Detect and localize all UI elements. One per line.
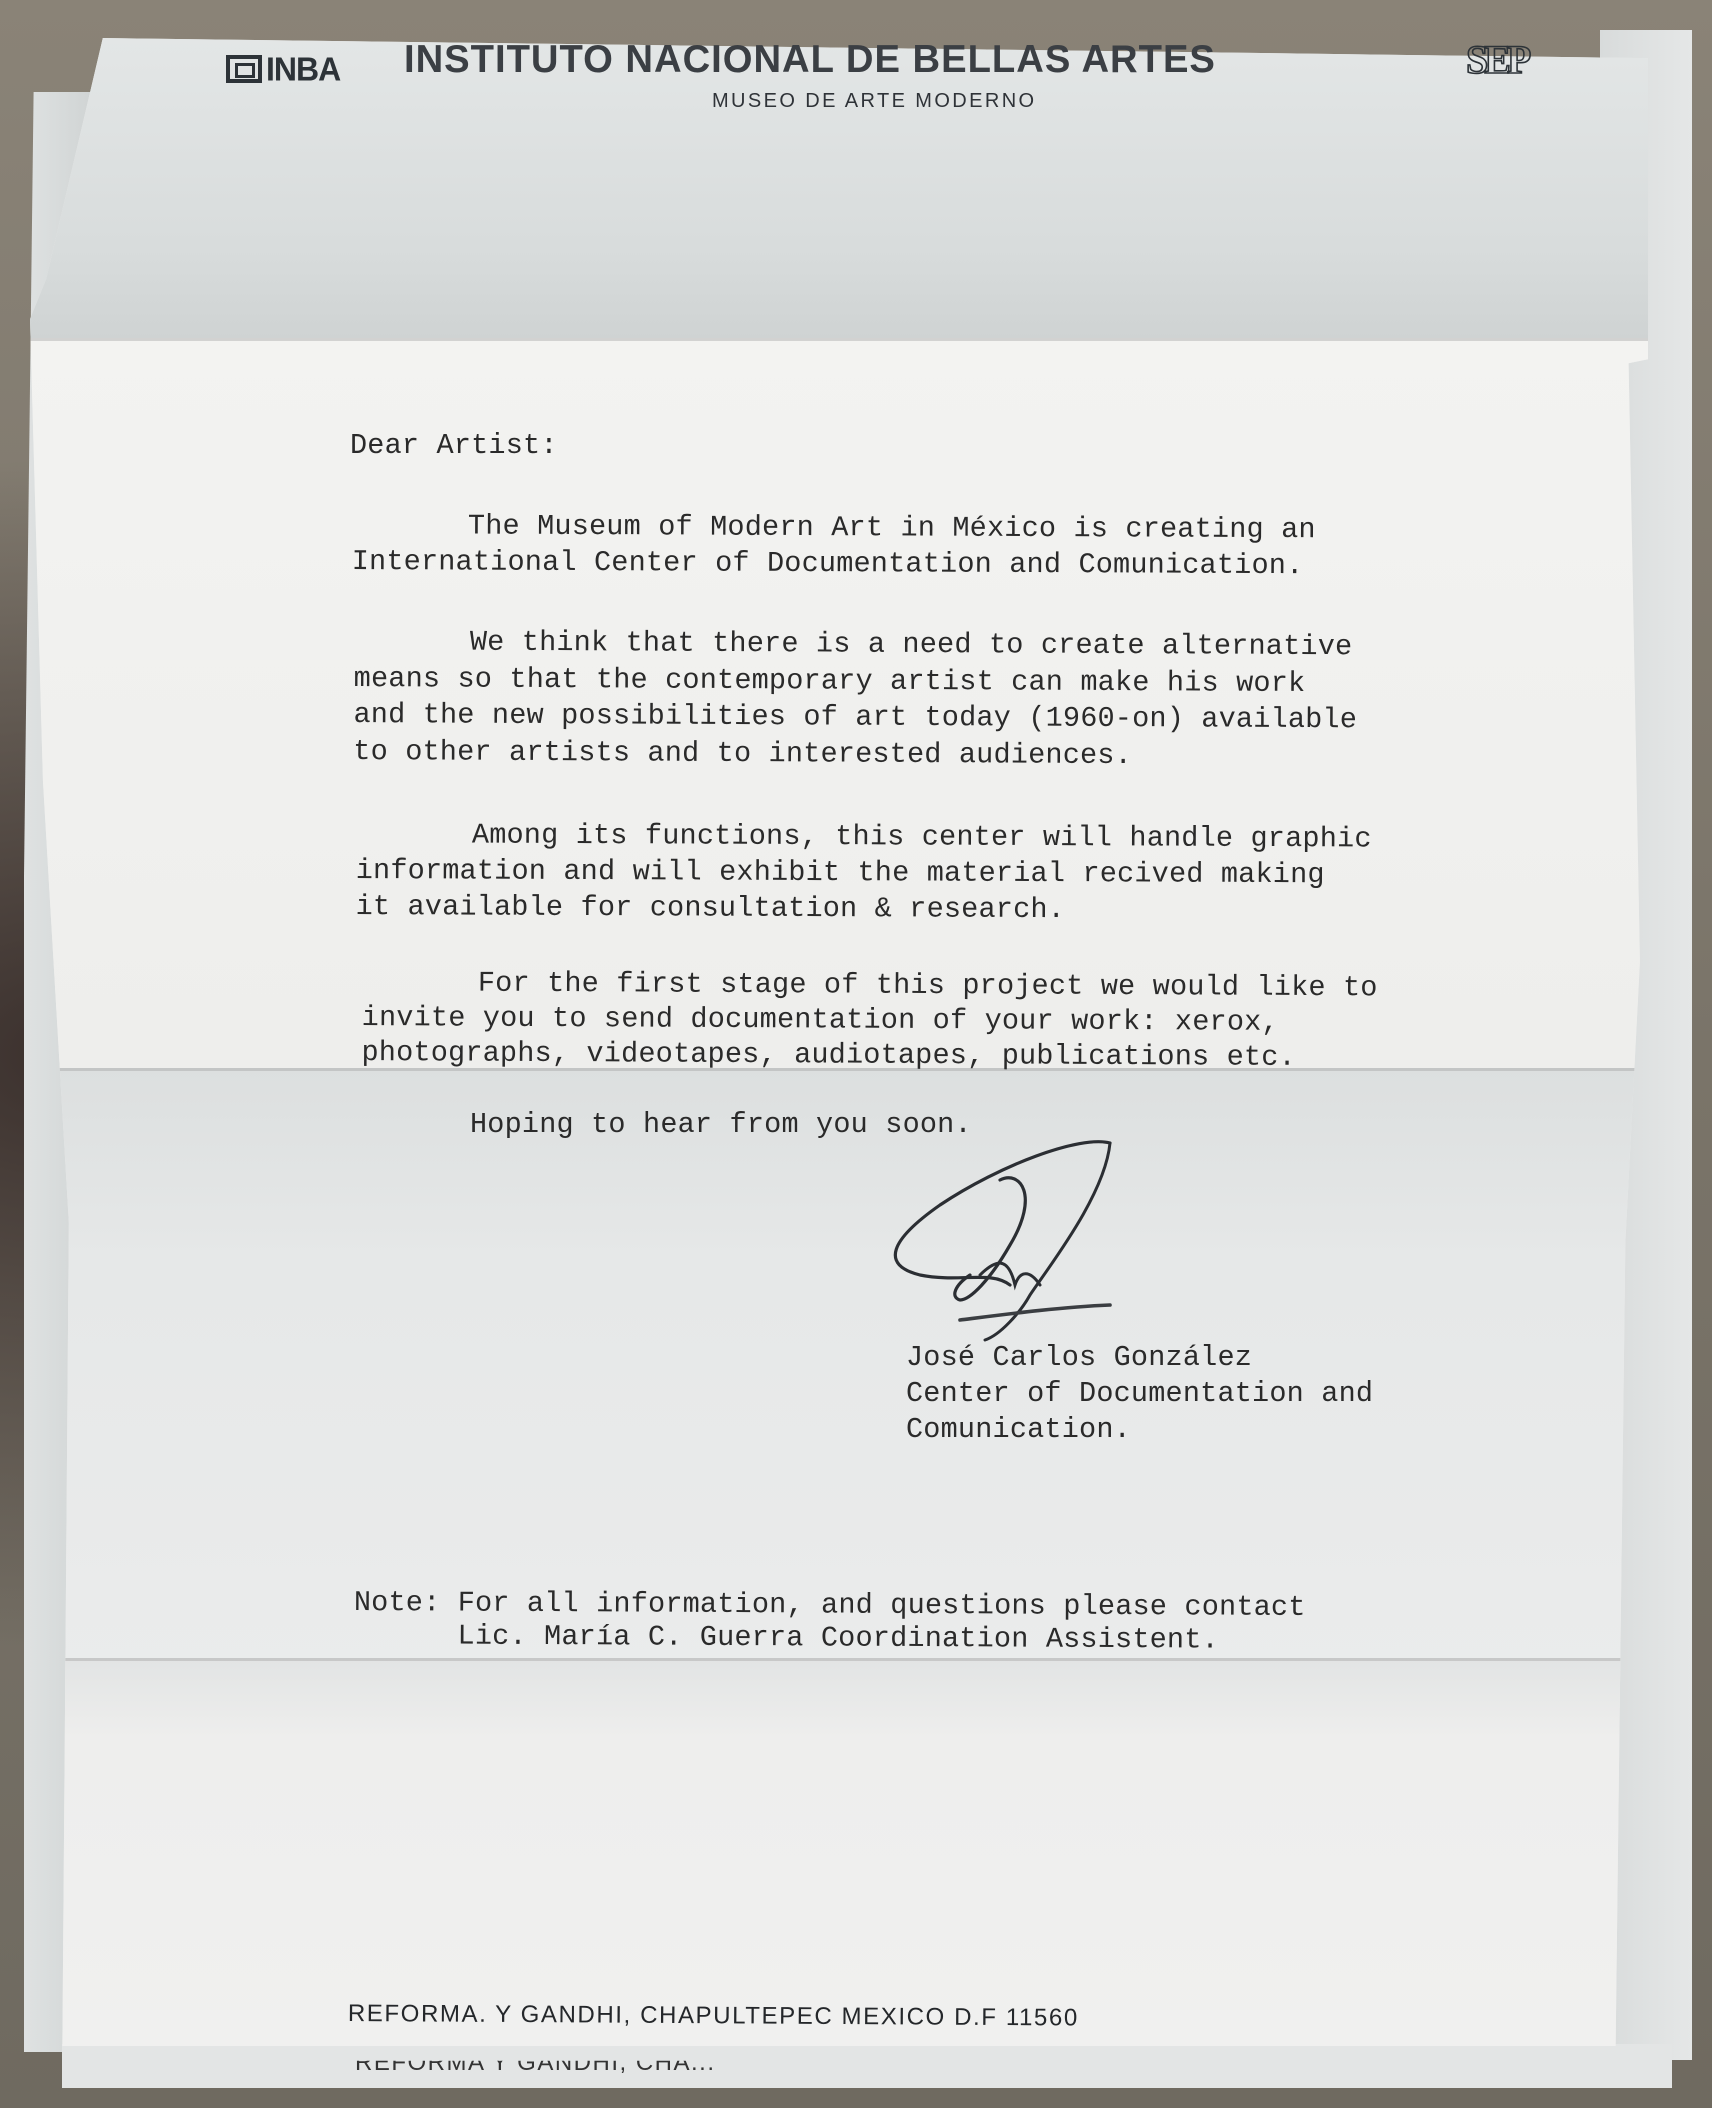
fold-crease [30, 338, 1648, 341]
paragraph-line: information and will exhibit the materia… [356, 854, 1325, 891]
fold-crease [30, 1658, 1648, 1661]
paragraph-3: Among its functions, this center will ha… [356, 817, 1372, 929]
contact-note: Note: For all information, and questions… [354, 1586, 1306, 1657]
paragraph-line: invite you to send documentation of your… [362, 1001, 1279, 1039]
paragraph-line: to other artists and to interested audie… [353, 734, 1132, 771]
paragraph-line: Among its functions, this center will ha… [472, 819, 1372, 856]
institute-name: INSTITUTO NACIONAL DE BELLAS ARTES [404, 38, 1216, 82]
paragraph-line: The Museum of Modern Art in México is cr… [468, 510, 1316, 547]
signer-block: José Carlos González Center of Documenta… [906, 1340, 1373, 1448]
paragraph-2: We think that there is a need to create … [353, 624, 1357, 775]
paragraph-line: For the first stage of this project we w… [478, 967, 1378, 1005]
note-line: Lic. María C. Guerra Coordination Assist… [457, 1620, 1218, 1657]
underlying-sheet-bottom [62, 2044, 1672, 2088]
sep-logo: SEP [1466, 36, 1527, 83]
paragraph-line: and the new possibilities of art today (… [353, 698, 1357, 736]
letterhead: INBA INSTITUTO NACIONAL DE BELLAS ARTES … [0, 0, 1712, 120]
paragraph-line: it available for consultation & research… [356, 890, 1066, 926]
museum-name: MUSEO DE ARTE MODERNO [712, 90, 1037, 113]
signer-title: Comunication. [906, 1413, 1131, 1446]
signer-title: Center of Documentation and [906, 1377, 1373, 1410]
salutation: Dear Artist: [350, 428, 558, 464]
handwritten-signature-icon [880, 1135, 1140, 1345]
fold-panel-bottom [30, 1658, 1648, 2058]
note-line: For all information, and questions pleas… [458, 1587, 1306, 1624]
signer-name: José Carlos González [906, 1341, 1252, 1374]
paragraph-line: means so that the contemporary artist ca… [354, 661, 1306, 699]
paragraph-line: International Center of Documentation an… [352, 545, 1304, 582]
note-label: Note: [354, 1586, 441, 1619]
paragraph-line: We think that there is a need to create … [470, 626, 1353, 664]
paragraph-4: For the first stage of this project we w… [361, 965, 1377, 1075]
paragraph-line: photographs, videotapes, audiotapes, pub… [361, 1036, 1296, 1074]
inba-logo: INBA [226, 50, 340, 88]
inba-logo-text: INBA [266, 50, 340, 89]
inba-square-spiral-icon [226, 55, 262, 83]
paragraph-1: The Museum of Modern Art in México is cr… [352, 508, 1316, 584]
footer-address: REFORMA. Y GANDHI, CHAPULTEPEC MEXICO D.… [348, 2000, 1079, 2032]
